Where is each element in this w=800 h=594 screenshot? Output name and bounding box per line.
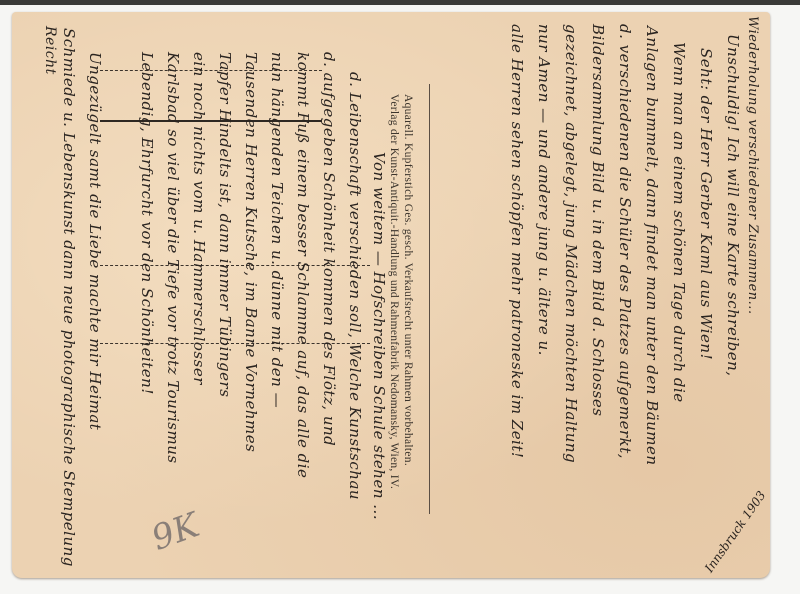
handwriting-line: Anlagen bummelt, dann findet man unter d… xyxy=(643,26,661,466)
scan-top-border xyxy=(0,0,800,5)
handwriting-line: Bildersammlung Bild u. in dem Bild d. Sc… xyxy=(589,24,607,417)
handwriting-line: alle Herren sehen schöpfen mehr patrones… xyxy=(508,24,526,458)
handwriting-line: d. aufgegeben Schönheit kommen des Flötz… xyxy=(320,52,338,446)
handwriting-line: Tapfer Hindelts ist, dann immer Tübinger… xyxy=(216,52,234,397)
handwriting-line: ein noch nichts vom u. Hammerschlosser xyxy=(190,52,208,385)
address-line-1 xyxy=(100,70,322,72)
handwriting-line: Unschuldig! Ich will eine Karte schreibe… xyxy=(724,34,742,377)
publisher-text-line2: Verlag der Kunst-Antiquit.-Handlung und … xyxy=(388,94,400,489)
pencil-annotation: 9K xyxy=(147,505,205,559)
handwriting-line: Wiederholung verschiedener Zusammen... xyxy=(745,16,760,315)
publisher-text-line1: Aquarell. Kupferstich Ges. gesch. Verkau… xyxy=(402,94,414,466)
handwriting-line: d. Leibenschaft verschieden soll, Welche… xyxy=(346,72,364,500)
handwriting-line: Seht: der Herr Gerber Kaml aus Wien! xyxy=(697,48,715,360)
handwriting-line: Ungezügelt samt die Liebe machte mir Hei… xyxy=(86,52,104,430)
divider-line xyxy=(429,84,430,514)
handwriting-line: Von weitem — Hofschreiben Schule stehen … xyxy=(370,152,388,520)
handwriting-line: kommt Fuß einem besser Schlamme auf, das… xyxy=(294,52,312,478)
handwriting-line: Wenn man an einem schönen Tage durch die xyxy=(670,42,688,403)
postcard: Aquarell. Kupferstich Ges. gesch. Verkau… xyxy=(12,12,770,578)
handwriting-line: Schmiede u. Lebenskunst dann neue photog… xyxy=(60,28,78,567)
handwriting-line: nur Amen — und andere jung u. ältere u. xyxy=(535,24,553,356)
handwriting-line: Karlsbad so viel über die Tiefe vor trot… xyxy=(164,52,182,464)
corner-signature: Innsbruck 1903 xyxy=(702,488,768,575)
handwriting-line: gezeichnet, abgelegt, jung Mädchen möcht… xyxy=(562,24,580,463)
address-line-2 xyxy=(100,120,322,125)
top-note: Reicht xyxy=(42,26,58,75)
handwriting-line: nun hängenden Teichen u. dünne mit den — xyxy=(268,52,286,408)
handwriting-line: d. verschiedenen die Schüler des Platzes… xyxy=(616,24,634,459)
handwriting-line: Tausenden Herren Kutsche, im Banne Vorne… xyxy=(242,52,260,452)
handwriting-line: Lebendig, Ehrfurcht vor den Schönheiten! xyxy=(138,52,156,395)
